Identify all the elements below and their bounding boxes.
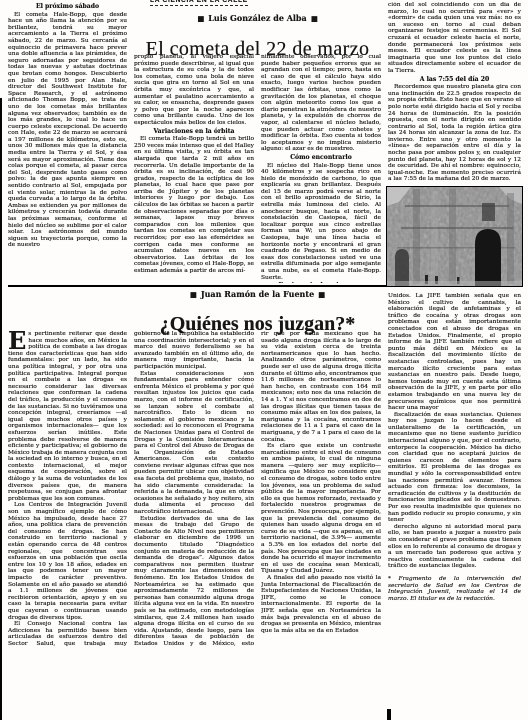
- body-paragraph: propio planeta, al viajero espacial próx…: [134, 54, 254, 127]
- drop-cap: E: [8, 331, 28, 350]
- column-subhead: Cómo encontrarlo: [261, 155, 381, 162]
- byline-square-icon: ■: [307, 14, 322, 23]
- comet-column-4: ción del sol coincidiendo con un día de …: [388, 2, 521, 183]
- byline-author: Juan Ramón de la Fuente: [201, 289, 314, 299]
- body-paragraph: s pertinente reiterar que desde hace muc…: [8, 331, 127, 502]
- body-paragraph: Estudios derivados de una de las mesas d…: [134, 516, 254, 648]
- drugs-column-4: Unidos. La JIFE también señala que en Mé…: [388, 293, 521, 663]
- comet-column-2: propio planeta, al viajero espacial próx…: [134, 54, 254, 283]
- section-header: LA CIENCIA EN LA CALLE: [150, 0, 248, 6]
- byline-square-icon: ■: [193, 14, 208, 23]
- body-paragraph: Estas consideraciones son fundamentales …: [134, 371, 254, 516]
- comet-column-3: nimamente observados, por lo cual puede …: [261, 54, 381, 283]
- body-paragraph: A finales del año pasado nos visitó la J…: [261, 575, 381, 634]
- body-paragraph: ción del sol coincidiendo con un día de …: [388, 2, 521, 75]
- drugs-column-3: rir que por cada mexicano que ha usado a…: [261, 331, 381, 648]
- body-paragraph: Los Centros de Integración Juvenil son u…: [8, 502, 127, 621]
- byline-article-drugs: ■Juan Ramón de la Fuente■: [120, 289, 395, 299]
- byline-article-comet: ■Luis González de Alba■: [120, 13, 395, 23]
- body-paragraph: fiscalización de esas sustancias. Quiene…: [388, 412, 521, 524]
- body-paragraph: nimamente observados, por lo cual puede …: [261, 54, 381, 153]
- body-paragraph: El Consejo Nacional contra las Adiccione…: [8, 621, 127, 648]
- body-paragraph: El cometa Hale-Bopp tendrá un brillo 250…: [134, 136, 254, 274]
- comet-column-1: El próximo sábado El cometa Hale-Bopp, q…: [8, 2, 127, 283]
- byline-square-icon: ■: [186, 290, 201, 299]
- scan-edge-line: [0, 98, 2, 720]
- body-paragraph: Es claro que existe un contraste marcadí…: [261, 443, 381, 575]
- byline-square-icon: ■: [314, 290, 329, 299]
- column-subhead: Variaciones en la órbita: [134, 129, 254, 136]
- cathedral-facade-photo: [386, 186, 523, 287]
- body-paragraph: Unidos. La JIFE también señala que en Mé…: [388, 293, 521, 412]
- byline-author: Luis González de Alba: [208, 13, 306, 23]
- column-subhead: A las 7:55 del día 20: [388, 77, 521, 84]
- newspaper-page: LA CIENCIA EN LA CALLE ■Luis González de…: [0, 0, 528, 720]
- drugs-column-2: gobierno de la República ha establecido …: [134, 331, 254, 648]
- scan-registration-mark: [387, 709, 391, 720]
- body-paragraph: El cometa Hale-Bopp, que desde hace un a…: [8, 12, 127, 249]
- article-divider-rule: [8, 285, 386, 287]
- body-paragraph: gobierno de la República ha establecido …: [134, 331, 254, 371]
- cathedral-facade-illustration: [387, 187, 522, 286]
- article-footnote: * Fragmento de la intervención del secre…: [388, 576, 521, 602]
- drugs-column-1: E s pertinente reiterar que desde hace m…: [8, 331, 127, 648]
- body-paragraph: derecho alguno ni autoridad moral para e…: [388, 524, 521, 570]
- body-paragraph: Recordemos que nuestro planeta gira con …: [388, 84, 521, 183]
- column-subhead: El próximo sábado: [8, 4, 127, 11]
- body-paragraph: rir que por cada mexicano que ha usado a…: [261, 331, 381, 443]
- body-paragraph: El núcleo del Hale-Bopp tiene unos 40 ki…: [261, 163, 381, 282]
